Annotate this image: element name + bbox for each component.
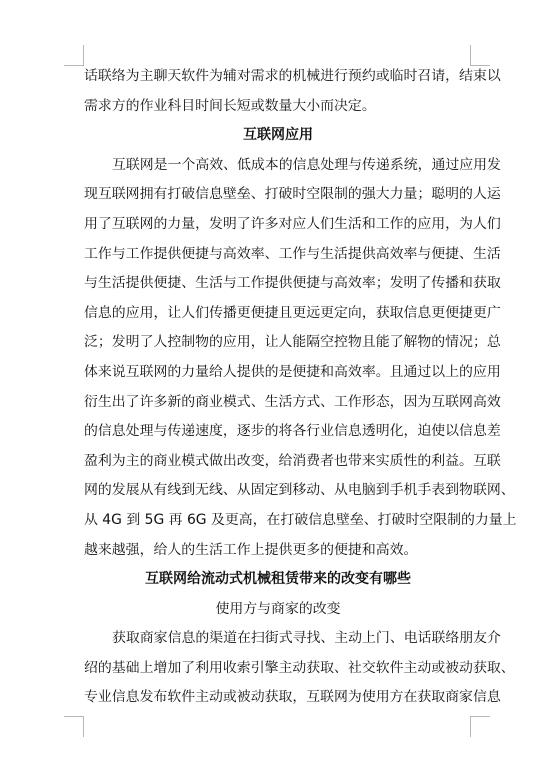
margin-corner-mark-bottom-left <box>64 716 84 737</box>
body-line: 网的发展从有线到无线、从固定到移动、从电脑到手机手表到物联网、 <box>84 476 472 506</box>
body-line: 现互联网拥有打破信息壁垒、打破时空限制的强大力量；聪明的人运 <box>84 180 472 210</box>
body-line: 与生活提供便捷、生活与工作提供便捷与高效率；发明了传播和获取 <box>84 269 472 299</box>
section-heading: 互联网应用 <box>84 121 472 151</box>
section-heading: 互联网给流动式机械租赁带来的改变有哪些 <box>84 565 472 595</box>
document-page: 话联络为主聊天软件为辅对需求的机械进行预约或临时召请，结束以 需求方的作业科目时… <box>0 0 555 784</box>
body-line: 获取商家信息的渠道在扫街式寻找、主动上门、电话联络朋友介 <box>84 624 472 654</box>
section-subheading: 使用方与商家的改变 <box>84 595 472 625</box>
body-line: 的信息处理与传递速度，逐步的将各行业信息透明化，迫使以信息差 <box>84 417 472 447</box>
body-line: 互联网是一个高效、低成本的信息处理与传递系统，通过应用发 <box>84 151 472 181</box>
body-line: 盈利为主的商业模式做出改变，给消费者也带来实质性的利益。互联 <box>84 447 472 477</box>
body-line: 从 4G 到 5G 再 6G 及更高，在打破信息壁垒、打破时空限制的力量上 <box>84 506 472 536</box>
margin-corner-mark-top-right <box>470 45 490 66</box>
body-line: 体来说互联网的力量给人提供的是便捷和高效率。且通过以上的应用 <box>84 358 472 388</box>
body-line: 用了互联网的力量，发明了许多对应人们生活和工作的应用，为人们 <box>84 210 472 240</box>
margin-corner-mark-bottom-right <box>470 716 490 737</box>
body-line: 信息的应用，让人们传播更便捷且更远更定向，获取信息更便捷更广 <box>84 299 472 329</box>
body-line: 需求方的作业科目时间长短或数量大小而决定。 <box>84 92 472 122</box>
margin-corner-mark-top-left <box>64 45 84 66</box>
body-line: 话联络为主聊天软件为辅对需求的机械进行预约或临时召请，结束以 <box>84 62 472 92</box>
document-body: 话联络为主聊天软件为辅对需求的机械进行预约或临时召请，结束以 需求方的作业科目时… <box>84 62 472 713</box>
body-line: 衍生出了许多新的商业模式、生活方式、工作形态，因为互联网高效 <box>84 388 472 418</box>
body-line: 专业信息发布软件主动或被动获取，互联网为使用方在获取商家信息 <box>84 683 472 713</box>
body-line: 绍的基础上增加了利用收索引擎主动获取、社交软件主动或被动获取、 <box>84 654 472 684</box>
body-line: 工作与工作提供便捷与高效率、工作与生活提供高效率与便捷、生活 <box>84 240 472 270</box>
body-line: 越来越强，给人的生活工作上提供更多的便捷和高效。 <box>84 536 472 566</box>
body-line: 泛；发明了人控制物的应用，让人能隔空控物且能了解物的情况；总 <box>84 328 472 358</box>
